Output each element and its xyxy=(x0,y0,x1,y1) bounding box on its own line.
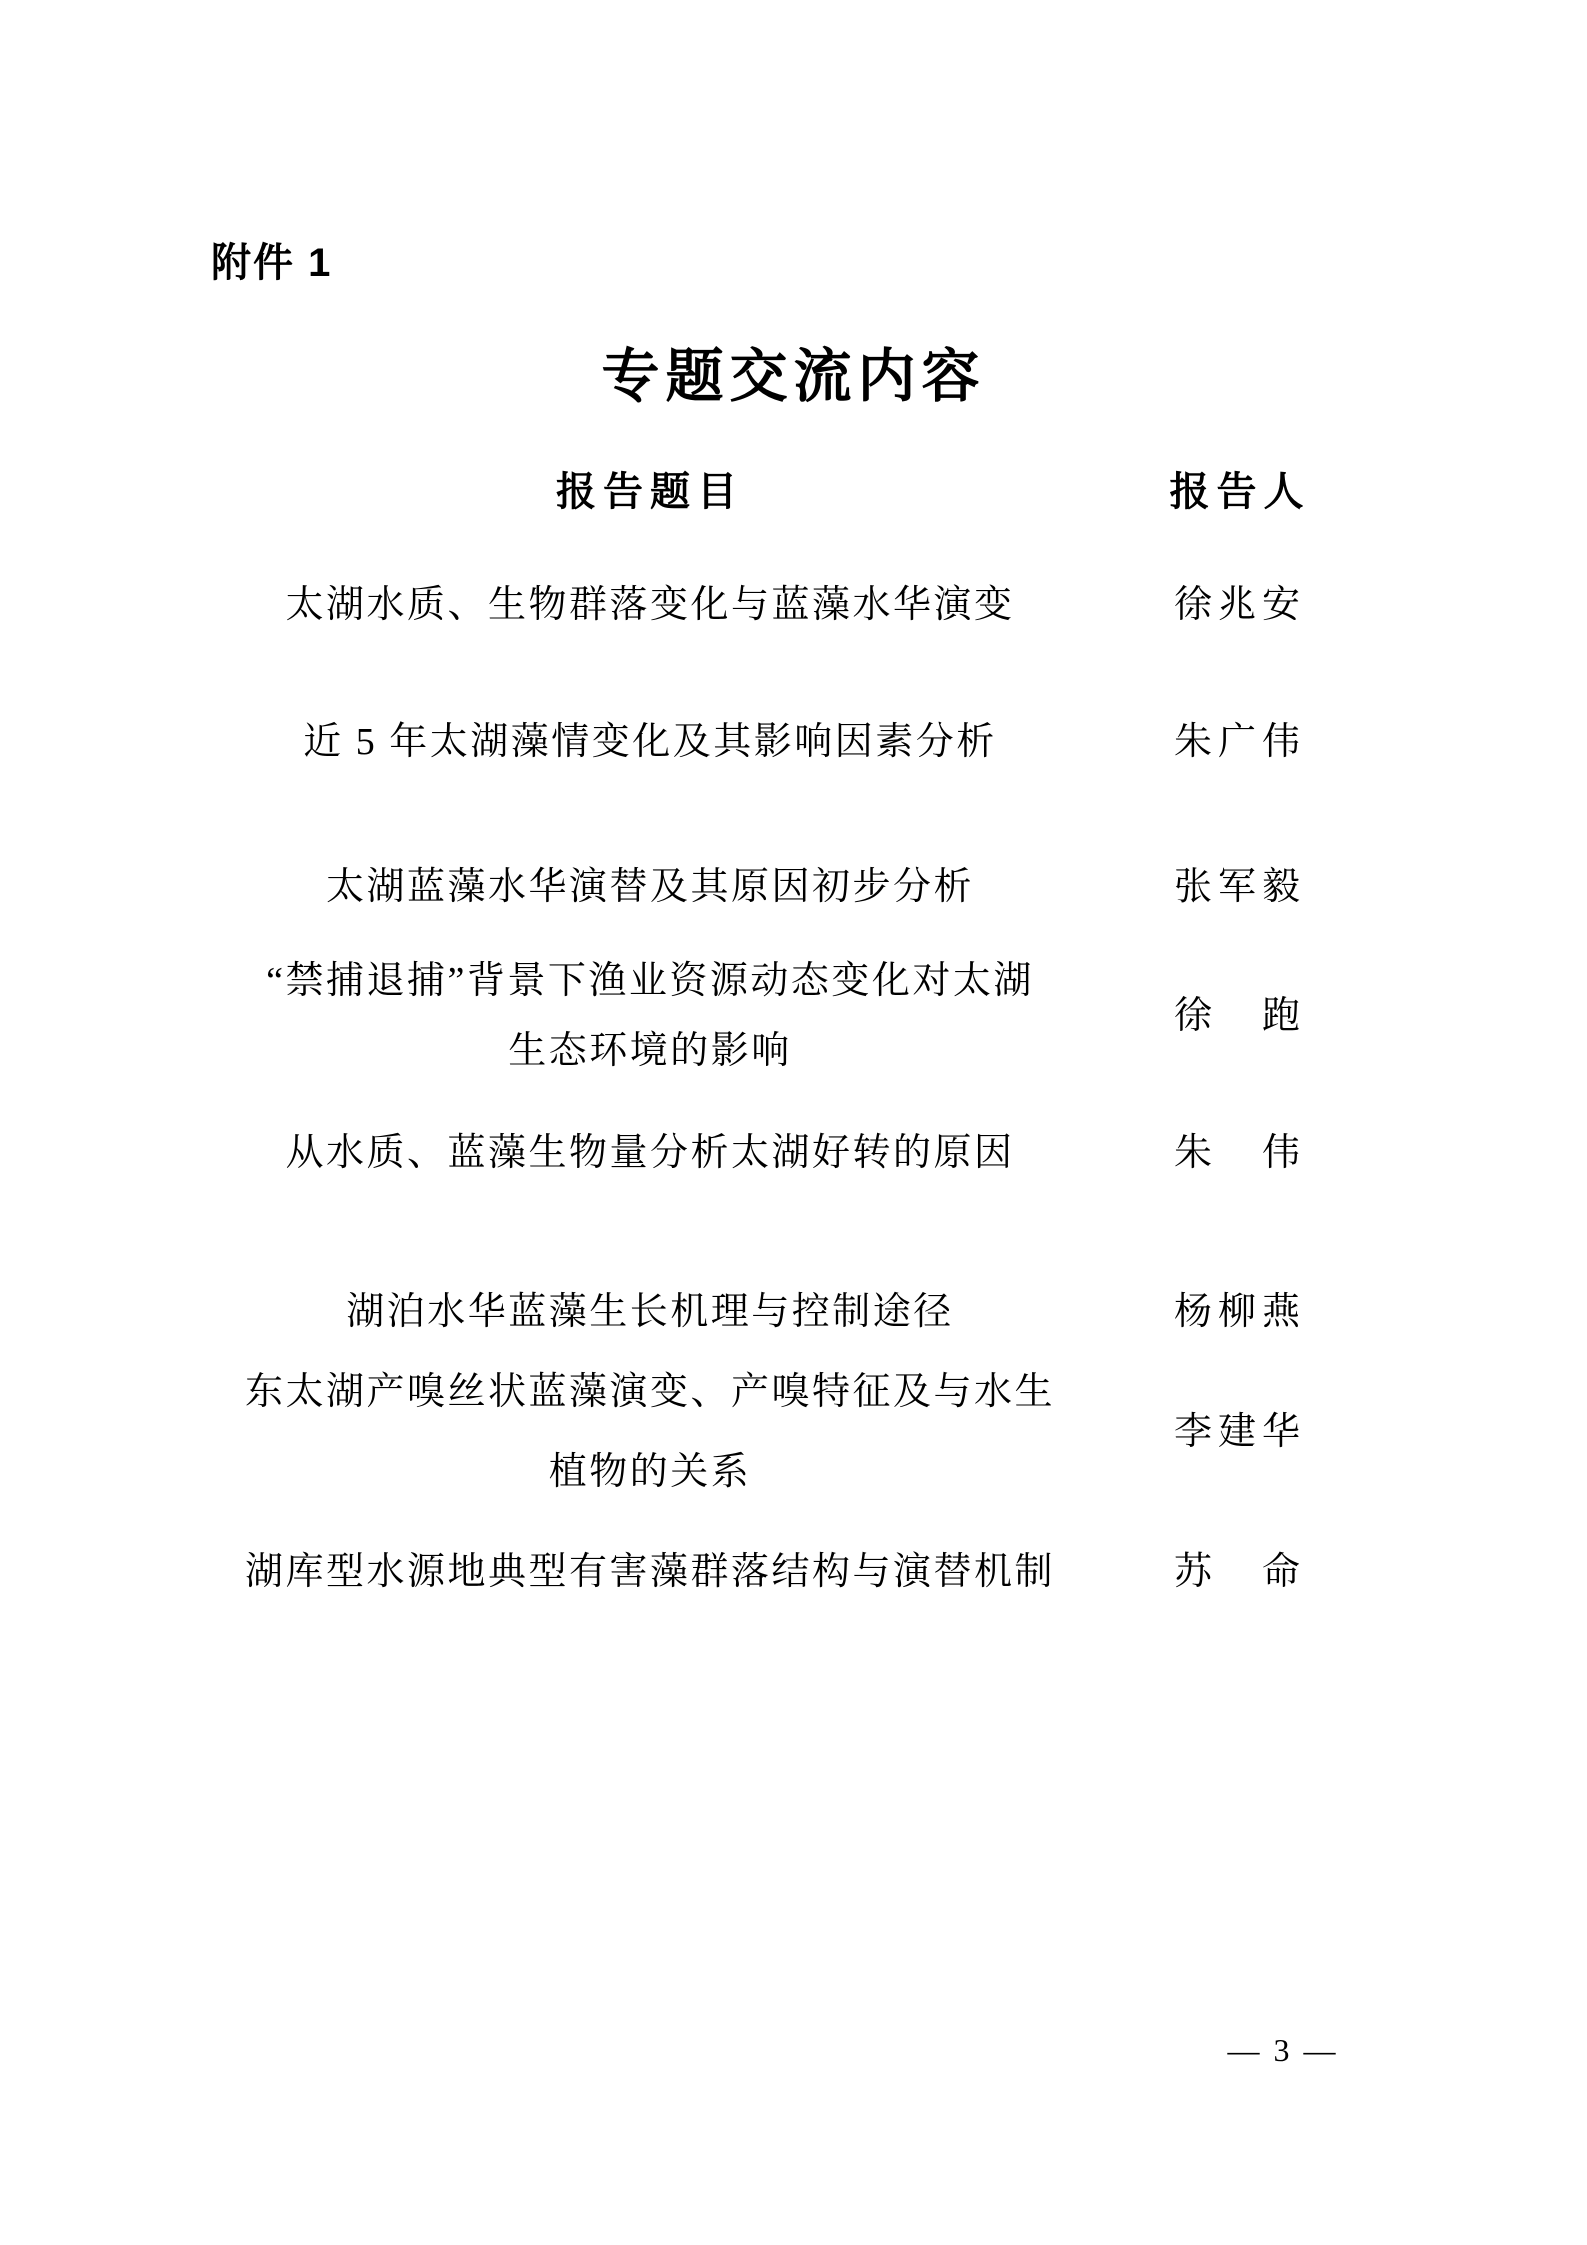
report-title-cell: 湖库型水源地典型有害藻群落结构与演替机制 xyxy=(165,1548,1135,1596)
report-title-line: 生态环境的影响 xyxy=(165,1016,1135,1086)
report-title-cell: 东太湖产嗅丝状蓝藻演变、产嗅特征及与水生 植物的关系 xyxy=(165,1352,1135,1512)
report-title-header: 报告题目 xyxy=(165,468,1135,516)
report-title-cell: “禁捕退捕”背景下渔业资源动态变化对太湖 生态环境的影响 xyxy=(165,946,1135,1086)
presenter-cell: 杨柳燕 xyxy=(1135,1288,1345,1336)
document-page: 附件 1 专题交流内容 报告题目 报告人 太湖水质、生物群落变化与蓝藻水华演变 … xyxy=(0,0,1587,2245)
table-row: 从水质、蓝藻生物量分析太湖好转的原因 朱 伟 xyxy=(165,1129,1345,1177)
report-title-line: 东太湖产嗅丝状蓝藻演变、产嗅特征及与水生 xyxy=(165,1352,1135,1432)
presenter-cell: 朱 伟 xyxy=(1135,1129,1345,1177)
page-number: — 3 — xyxy=(1133,2030,1433,2070)
report-title-cell: 湖泊水华蓝藻生长机理与控制途径 xyxy=(165,1288,1135,1336)
presenter-cell: 苏 命 xyxy=(1135,1548,1345,1596)
document-title: 专题交流内容 xyxy=(0,340,1587,414)
table-row: 湖泊水华蓝藻生长机理与控制途径 杨柳燕 xyxy=(165,1288,1345,1336)
table-row: 近 5 年太湖藻情变化及其影响因素分析 朱广伟 xyxy=(165,718,1345,766)
report-title-cell: 从水质、蓝藻生物量分析太湖好转的原因 xyxy=(165,1129,1135,1177)
presenter-cell: 朱广伟 xyxy=(1135,718,1345,766)
report-title-cell: 近 5 年太湖藻情变化及其影响因素分析 xyxy=(165,718,1135,766)
attachment-label: 附件 1 xyxy=(211,240,332,286)
presenter-header: 报告人 xyxy=(1135,468,1345,516)
report-title-line: “禁捕退捕”背景下渔业资源动态变化对太湖 xyxy=(165,946,1135,1016)
presenter-cell: 徐兆安 xyxy=(1135,581,1345,629)
table-row: 湖库型水源地典型有害藻群落结构与演替机制 苏 命 xyxy=(165,1548,1345,1596)
report-title-line: 太湖蓝藻水华演替及其原因初步分析 xyxy=(165,863,1135,911)
report-title-line: 湖泊水华蓝藻生长机理与控制途径 xyxy=(165,1288,1135,1336)
table-header-row: 报告题目 报告人 xyxy=(165,468,1345,516)
presenter-cell: 徐 跑 xyxy=(1135,992,1345,1040)
presenter-cell: 李建华 xyxy=(1135,1408,1345,1456)
report-title-cell: 太湖蓝藻水华演替及其原因初步分析 xyxy=(165,863,1135,911)
report-title-line: 近 5 年太湖藻情变化及其影响因素分析 xyxy=(165,718,1135,766)
report-title-cell: 太湖水质、生物群落变化与蓝藻水华演变 xyxy=(165,581,1135,629)
table-row: 东太湖产嗅丝状蓝藻演变、产嗅特征及与水生 植物的关系 李建华 xyxy=(165,1352,1345,1512)
presenter-cell: 张军毅 xyxy=(1135,863,1345,911)
report-title-line: 从水质、蓝藻生物量分析太湖好转的原因 xyxy=(165,1129,1135,1177)
report-title-line: 植物的关系 xyxy=(165,1432,1135,1512)
table-row: “禁捕退捕”背景下渔业资源动态变化对太湖 生态环境的影响 徐 跑 xyxy=(165,946,1345,1086)
report-title-line: 太湖水质、生物群落变化与蓝藻水华演变 xyxy=(165,581,1135,629)
table-row: 太湖蓝藻水华演替及其原因初步分析 张军毅 xyxy=(165,863,1345,911)
table-row: 太湖水质、生物群落变化与蓝藻水华演变 徐兆安 xyxy=(165,581,1345,629)
report-title-line: 湖库型水源地典型有害藻群落结构与演替机制 xyxy=(165,1548,1135,1596)
